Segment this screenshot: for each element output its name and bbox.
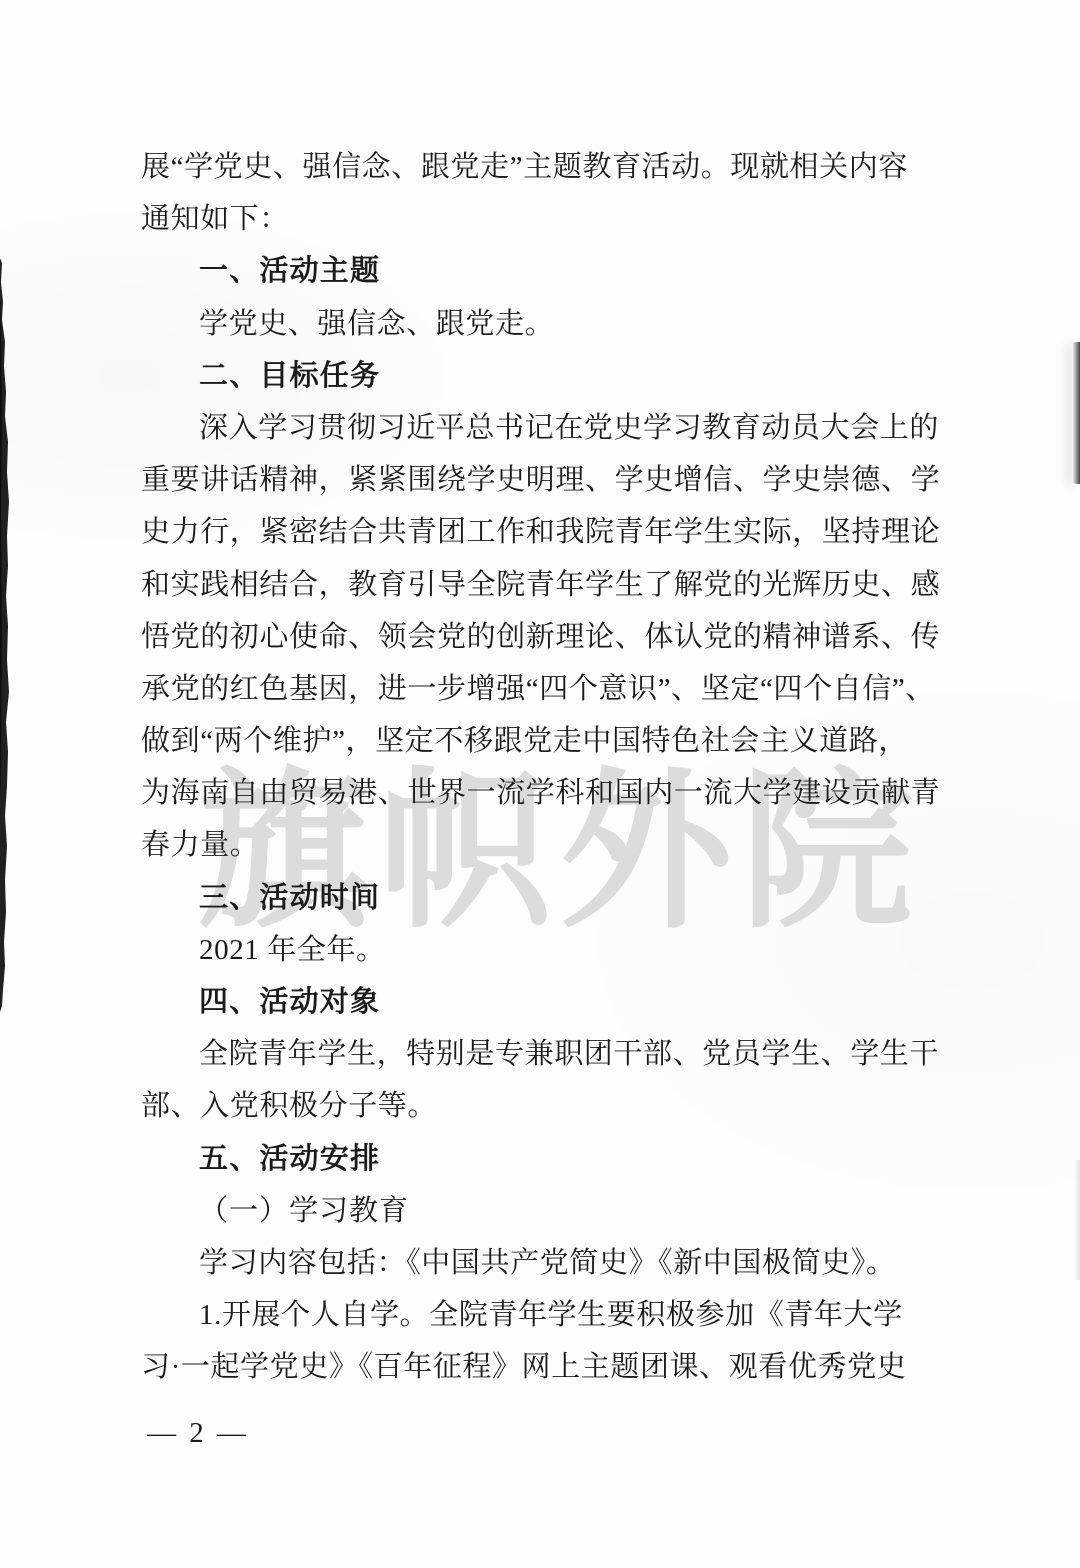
text-line: 习·一起学党史》《百年征程》网上主题团课、观看优秀党史 (141, 1341, 941, 1393)
section-heading: 三、活动时间 (141, 872, 941, 924)
section-heading: 五、活动安排 (141, 1133, 941, 1185)
text-line: 做到“两个维护”，坚定不移跟党走中国特色社会主义道路， (141, 715, 941, 767)
scan-artifact-right-smudge (1074, 1160, 1080, 1280)
text-line: 全院青年学生，特别是专兼职团干部、党员学生、学生干 (141, 1028, 941, 1080)
text-line: 承党的红色基因，进一步增强“四个意识”、坚定“四个自信”、 (141, 663, 941, 715)
document-body: 展“学党史、强信念、跟党走”主题教育活动。现就相关内容通知如下：一、活动主题学党… (141, 141, 941, 1394)
text-line: 部、入党积极分子等。 (141, 1080, 941, 1132)
text-line: 学习内容包括：《中国共产党简史》《新中国极简史》。 (141, 1237, 941, 1289)
text-line: 1.开展个人自学。全院青年学生要积极参加《青年大学 (141, 1289, 941, 1341)
text-line: 展“学党史、强信念、跟党走”主题教育活动。现就相关内容 (141, 141, 941, 193)
text-line: 深入学习贯彻习近平总书记在党史学习教育动员大会上的 (141, 402, 941, 454)
text-line: 春力量。 (141, 819, 941, 871)
text-line: 通知如下： (141, 193, 941, 245)
scanned-document-page: 旗帜外院 展“学党史、强信念、跟党走”主题教育活动。现就相关内容通知如下：一、活… (0, 0, 1080, 1568)
text-line: 悟党的初心使命、领会党的创新理论、体认党的精神谱系、传 (141, 611, 941, 663)
text-line: 和实践相结合，教育引导全院青年学生了解党的光辉历史、感 (141, 559, 941, 611)
section-heading: 二、目标任务 (141, 350, 941, 402)
text-line: 重要讲话精神，紧紧围绕学史明理、学史增信、学史崇德、学 (141, 454, 941, 506)
scan-artifact-left-streak (0, 0, 14, 1568)
text-line: 学党史、强信念、跟党走。 (141, 298, 941, 350)
text-line: 史力行，紧密结合共青团工作和我院青年学生实际，坚持理论 (141, 506, 941, 558)
text-line: （一）学习教育 (141, 1185, 941, 1237)
section-heading: 一、活动主题 (141, 245, 941, 297)
text-line: 2021 年全年。 (141, 924, 941, 976)
section-heading: 四、活动对象 (141, 976, 941, 1028)
text-line: 为海南自由贸易港、世界一流学科和国内一流大学建设贡献青 (141, 767, 941, 819)
page-number: — 2 — (147, 1413, 249, 1453)
scan-artifact-right-shadow (1072, 342, 1080, 484)
